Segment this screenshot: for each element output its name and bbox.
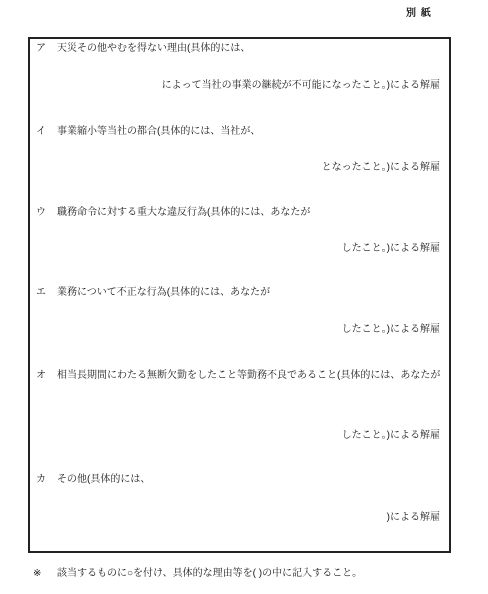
footnote-text: 該当するものに○を付け、具体的な理由等を( )の中に記入すること。 [57, 568, 362, 580]
item-u-label: ウ [36, 207, 57, 219]
item-o-text: 相当長期間にわたる無断欠勤をしたこと等勤務不良であること(具体的には、あなたが [57, 370, 440, 382]
item-e-label: エ [36, 287, 57, 299]
item-ka-text: その他(具体的には、 [57, 474, 150, 486]
item-i-line1: イ 事業縮小等当社の都合(具体的には、当社が、 [36, 126, 260, 138]
item-a-text: 天災その他やむを得ない理由(具体的には、 [57, 43, 250, 55]
item-u-line1: ウ 職務命令に対する重大な違反行為(具体的には、あなたが [36, 207, 310, 219]
item-e-line1: エ 業務について不正な行為(具体的には、あなたが [36, 287, 270, 299]
item-ka-label: カ [36, 474, 57, 486]
item-a-line2: によって当社の事業の継続が不可能になったこと。)による解雇 [162, 80, 440, 92]
item-ka-line2: )による解雇 [387, 512, 440, 524]
item-e-text: 業務について不正な行為(具体的には、あなたが [57, 287, 270, 299]
item-i-text: 事業縮小等当社の都合(具体的には、当社が、 [57, 126, 260, 138]
item-o-line2: したこと。)による解雇 [342, 430, 440, 442]
item-a-label: ア [36, 43, 57, 55]
footnote: ※ 該当するものに○を付け、具体的な理由等を( )の中に記入すること。 [33, 568, 362, 580]
item-ka-line1: カ その他(具体的には、 [36, 474, 150, 486]
attachment-page: 別 紙 ア 天災その他やむを得ない理由(具体的には、 によって当社の事業の継続が… [0, 0, 488, 594]
item-o-label: オ [36, 370, 57, 382]
item-i-line2: となったこと。)による解雇 [322, 162, 440, 174]
item-u-line2: したこと。)による解雇 [342, 243, 440, 255]
item-o-line1: オ 相当長期間にわたる無断欠勤をしたこと等勤務不良であること(具体的には、あなた… [36, 370, 440, 382]
footnote-marker: ※ [33, 568, 57, 580]
item-a-line1: ア 天災その他やむを得ない理由(具体的には、 [36, 43, 250, 55]
item-i-label: イ [36, 126, 57, 138]
item-e-line2: したこと。)による解雇 [342, 324, 440, 336]
corner-label: 別 紙 [406, 8, 432, 20]
item-u-text: 職務命令に対する重大な違反行為(具体的には、あなたが [57, 207, 310, 219]
